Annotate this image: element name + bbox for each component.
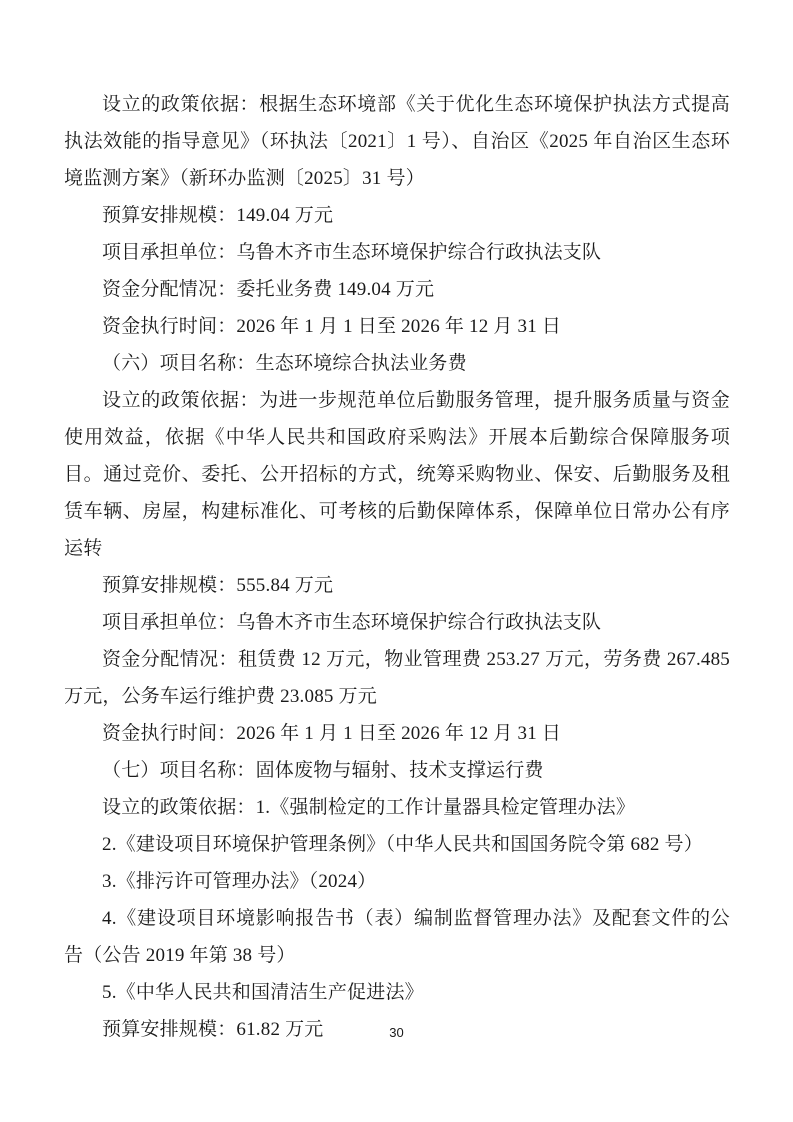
paragraph-fund-execution-time-5: 资金执行时间：2026 年 1 月 1 日至 2026 年 12 月 31 日 (64, 308, 730, 345)
paragraph-undertaking-unit-5: 项目承担单位：乌鲁木齐市生态环境保护综合行政执法支队 (64, 234, 730, 271)
paragraph-fund-execution-time-6: 资金执行时间：2026 年 1 月 1 日至 2026 年 12 月 31 日 (64, 715, 730, 752)
paragraph-budget-scale-5: 预算安排规模：149.04 万元 (64, 197, 730, 234)
paragraph-fund-allocation-6: 资金分配情况：租赁费 12 万元，物业管理费 253.27 万元，劳务费 267… (64, 641, 730, 715)
paragraph-policy-basis-7-item-4: 4.《建设项目环境影响报告书（表）编制监督管理办法》及配套文件的公告（公告 20… (64, 900, 730, 974)
paragraph-policy-basis-7-item-1: 设立的政策依据：1.《强制检定的工作计量器具检定管理办法》 (64, 789, 730, 826)
paragraph-fund-allocation-5: 资金分配情况：委托业务费 149.04 万元 (64, 271, 730, 308)
document-body: 设立的政策依据：根据生态环境部《关于优化生态环境保护执法方式提高执法效能的指导意… (64, 86, 730, 1048)
paragraph-budget-scale-6: 预算安排规模：555.84 万元 (64, 567, 730, 604)
paragraph-undertaking-unit-6: 项目承担单位：乌鲁木齐市生态环境保护综合行政执法支队 (64, 604, 730, 641)
page-footer: 30 (0, 1024, 793, 1042)
paragraph-policy-basis-7-item-2: 2.《建设项目环境保护管理条例》（中华人民共和国国务院令第 682 号） (64, 826, 730, 863)
paragraph-policy-basis-7-item-3: 3.《排污许可管理办法》（2024） (64, 863, 730, 900)
paragraph-policy-basis-5: 设立的政策依据：根据生态环境部《关于优化生态环境保护执法方式提高执法效能的指导意… (64, 86, 730, 197)
paragraph-project-name-6: （六）项目名称：生态环境综合执法业务费 (64, 345, 730, 382)
document-page: 设立的政策依据：根据生态环境部《关于优化生态环境保护执法方式提高执法效能的指导意… (0, 0, 793, 1122)
paragraph-policy-basis-7-item-5: 5.《中华人民共和国清洁生产促进法》 (64, 974, 730, 1011)
page-number: 30 (389, 1025, 403, 1040)
paragraph-policy-basis-6: 设立的政策依据：为进一步规范单位后勤服务管理，提升服务质量与资金使用效益，依据《… (64, 382, 730, 567)
paragraph-project-name-7: （七）项目名称：固体废物与辐射、技术支撑运行费 (64, 752, 730, 789)
